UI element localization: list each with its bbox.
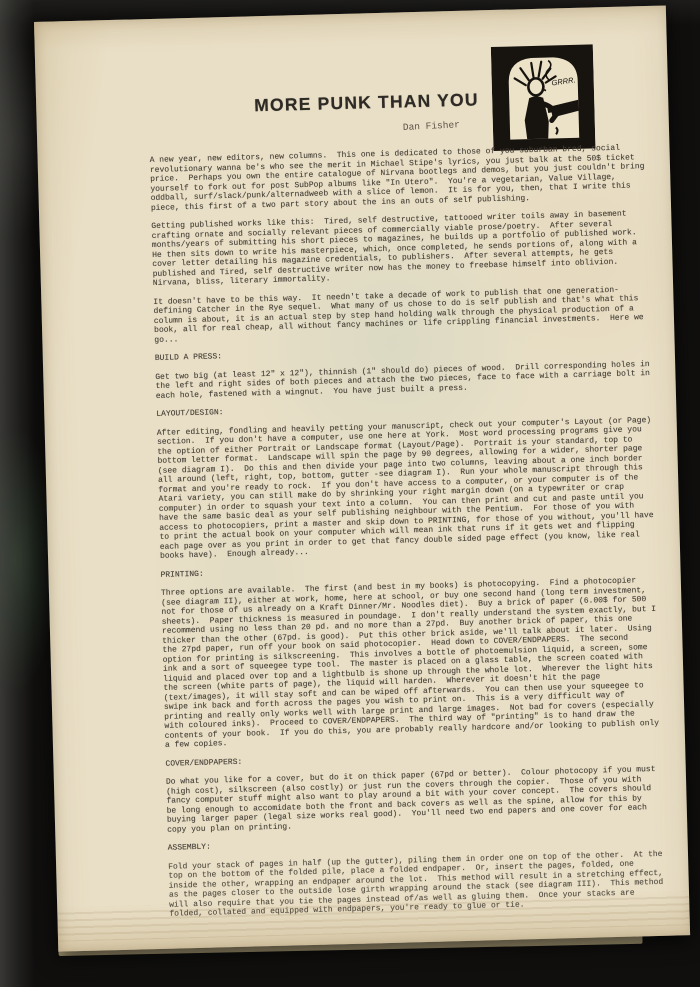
section-heading-layout-design: LAYOUT/DESIGN:	[156, 397, 668, 420]
section-heading-printing: PRINTING:	[160, 557, 672, 580]
scanned-photocopy: MORE PUNK THAN YOU Dan Fisher	[0, 0, 700, 987]
intro-paragraph-1: A new year, new editors, new columns. Th…	[150, 143, 663, 213]
author-byline: Dan Fisher	[403, 120, 460, 132]
section-body-layout-design: After editing, fondling and heavily pett…	[157, 415, 672, 561]
article-title: MORE PUNK THAN YOU	[254, 90, 479, 115]
section-body-build-a-press: Get two big (at least 12" x 12"), thinni…	[155, 359, 668, 401]
punk-illustration: GRRR.	[491, 43, 596, 152]
zine-page: MORE PUNK THAN YOU Dan Fisher	[34, 5, 690, 951]
section-heading-build-a-press: BUILD A PRESS:	[155, 341, 667, 364]
section-heading-assembly: ASSEMBLY:	[168, 830, 680, 853]
punk-head	[528, 78, 543, 95]
intro-paragraph-2: Getting published works like this: Tired…	[151, 209, 665, 289]
section-body-printing: Three options are available. The first (…	[161, 575, 677, 750]
section-body-assembly: Fold your stack of pages in half (up the…	[168, 849, 681, 919]
article-body: A new year, new editors, new columns. Th…	[150, 143, 682, 929]
intro-paragraph-3: It doesn't have to be this way. It needn…	[153, 284, 666, 345]
punk-linocut-svg: GRRR.	[491, 43, 596, 152]
section-body-cover-endpapers: Do what you like for a cover, but do it …	[166, 764, 679, 834]
section-heading-cover-endpapers: COVER/ENDPAPERS:	[165, 746, 677, 769]
